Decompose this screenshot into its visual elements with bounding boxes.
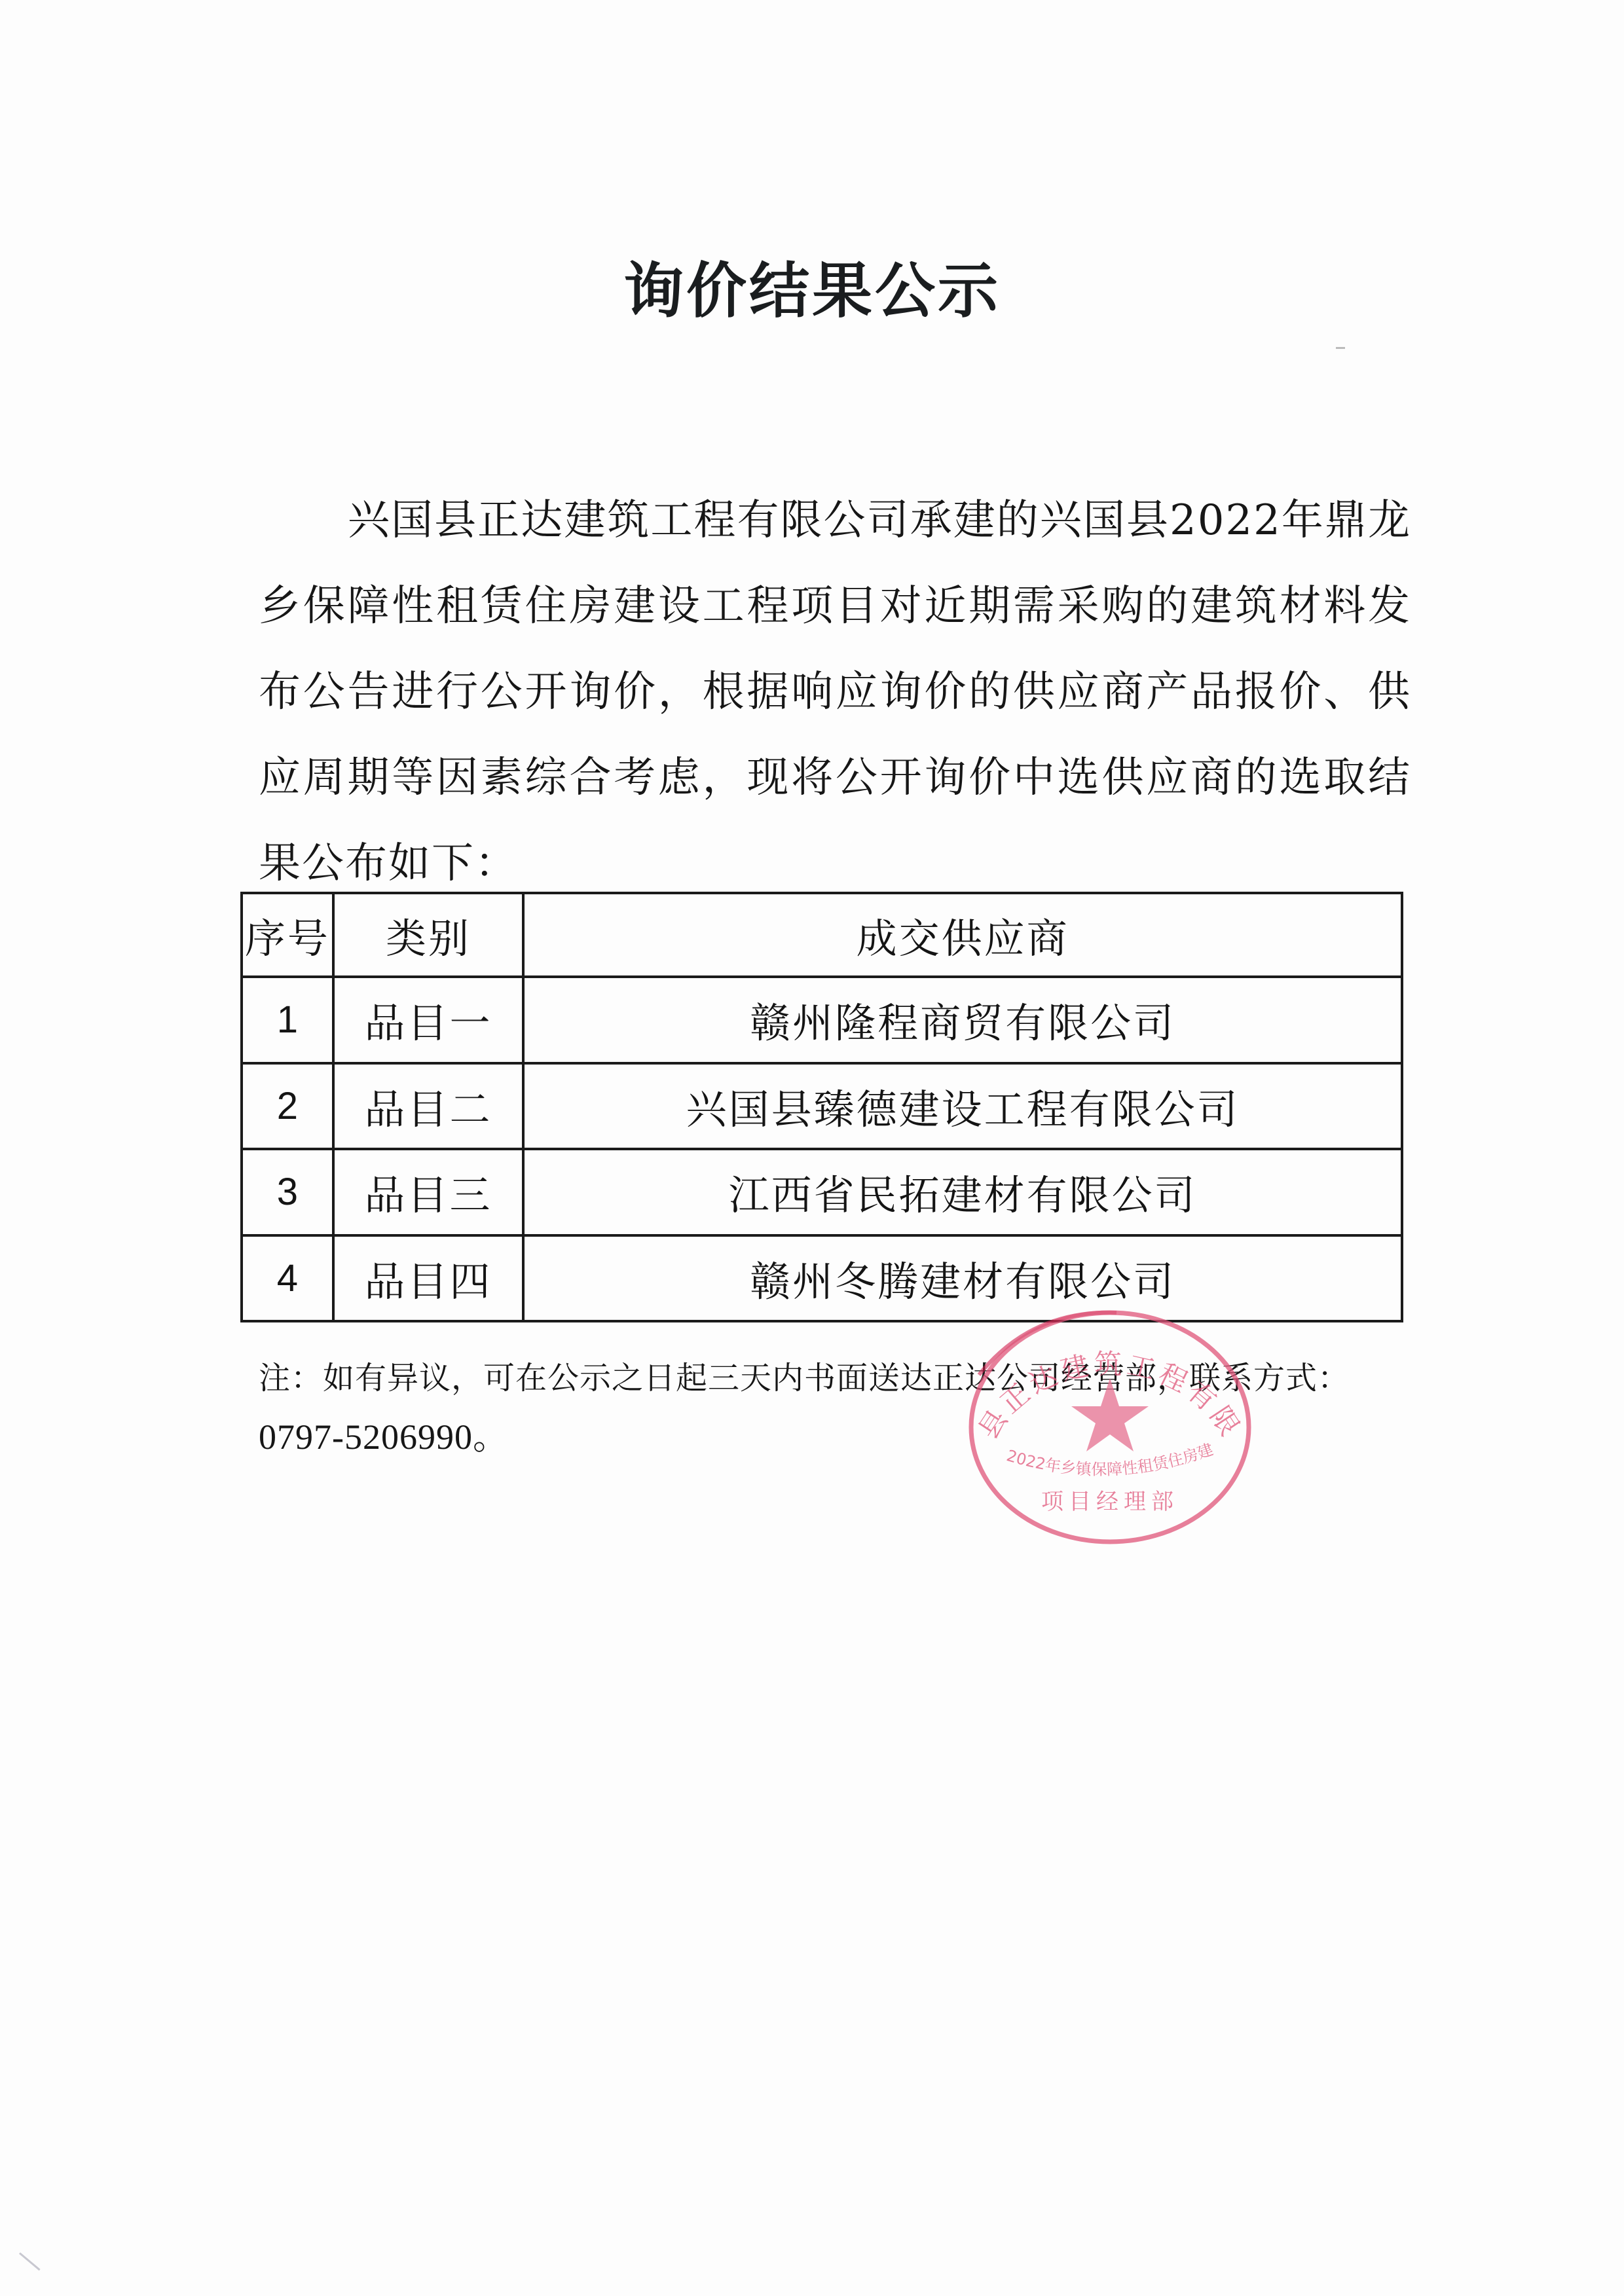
page-title: 询价结果公示 [0,252,1624,331]
row-no: 4 [242,1235,333,1322]
row-no: 1 [242,977,333,1063]
results-table: 序号 类别 成交供应商 1 品目一 赣州隆程商贸有限公司 2 品目二 兴国县臻德… [240,892,1403,1322]
row-supplier: 江西省民拓建材有限公司 [523,1149,1402,1235]
header-category: 类别 [333,893,523,977]
header-supplier: 成交供应商 [523,893,1402,977]
table-row: 2 品目二 兴国县臻德建设工程有限公司 [242,1063,1402,1150]
body-paragraph: 兴国县正达建筑工程有限公司承建的兴国县2022年鼎龙乡保障性租赁住房建设工程项目… [259,478,1411,907]
row-category: 品目四 [333,1235,523,1322]
row-supplier: 赣州隆程商贸有限公司 [523,977,1402,1063]
contact-phone: 0797-5206990。 [259,1408,1437,1467]
row-category: 品目二 [333,1063,523,1150]
row-supplier: 赣州冬腾建材有限公司 [523,1235,1402,1322]
table-row: 1 品目一 赣州隆程商贸有限公司 [242,977,1402,1063]
stamp-bottom-text: 项目经理部 [1041,1489,1179,1515]
table-row: 4 品目四 赣州冬腾建材有限公司 [242,1235,1402,1322]
scan-artifact [19,2252,41,2270]
row-category: 品目一 [333,977,523,1063]
row-no: 2 [242,1063,333,1150]
footnote-text: 注：如有异议，可在公示之日起三天内书面送达正达公司经营部，联系方式： [259,1349,1437,1408]
table-row: 3 品目三 江西省民拓建材有限公司 [242,1149,1402,1235]
row-no: 3 [242,1149,333,1235]
row-category: 品目三 [333,1149,523,1235]
row-supplier: 兴国县臻德建设工程有限公司 [523,1063,1402,1150]
table-header-row: 序号 类别 成交供应商 [242,893,1402,977]
document-page: 询价结果公示 兴国县正达建筑工程有限公司承建的兴国县2022年鼎龙乡保障性租赁住… [0,0,1624,2296]
footnote: 注：如有异议，可在公示之日起三天内书面送达正达公司经营部，联系方式： 0797-… [259,1349,1437,1467]
header-no: 序号 [242,893,333,977]
scan-artifact [1336,347,1345,349]
